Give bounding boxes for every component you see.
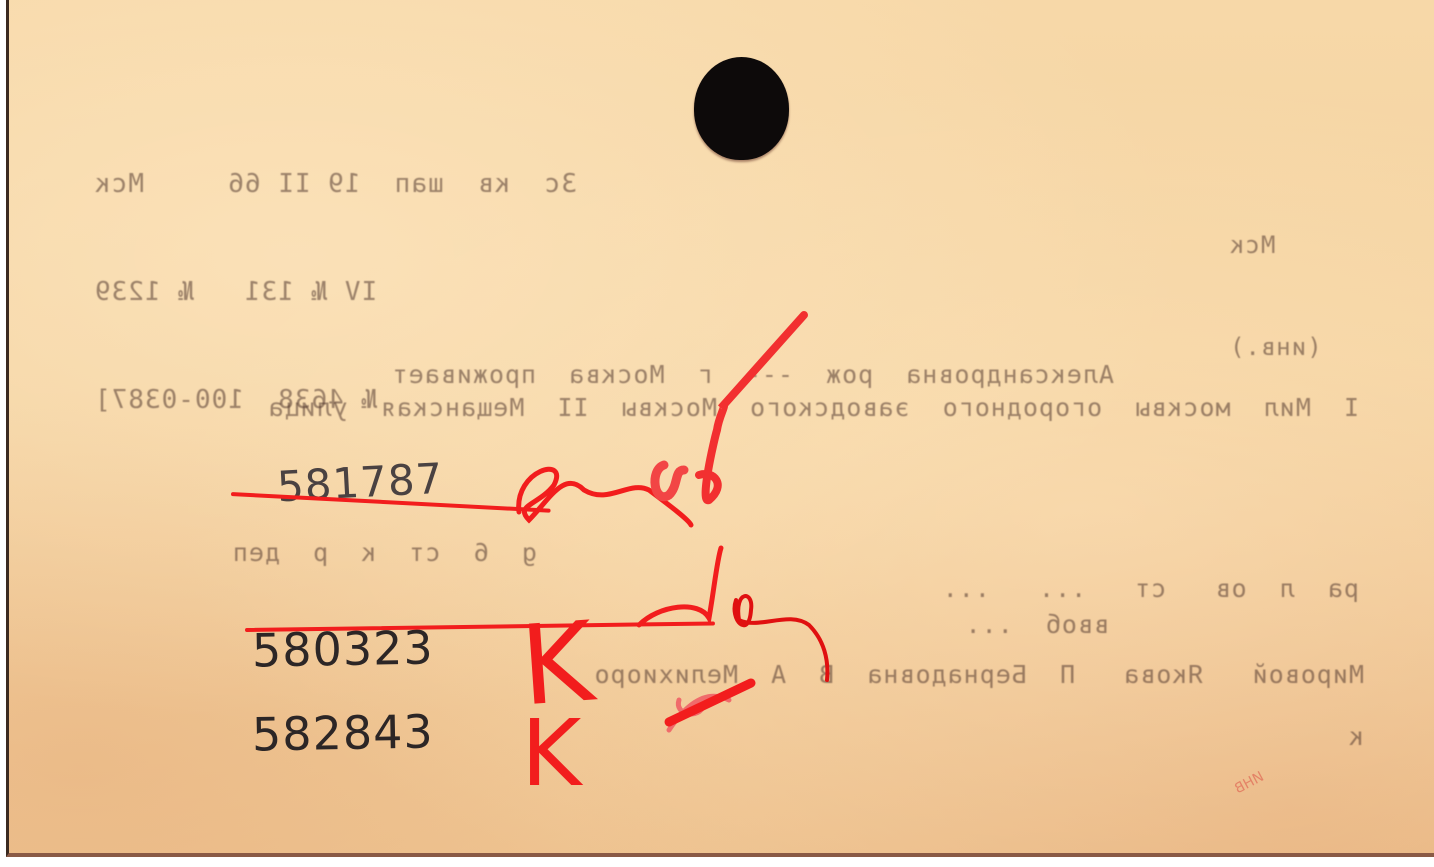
index-card: Зс кв шап 19 II 66 Мск IV № 131 № 1239 №… (6, 0, 1434, 857)
red-crayon-scribbles (9, 0, 1434, 857)
